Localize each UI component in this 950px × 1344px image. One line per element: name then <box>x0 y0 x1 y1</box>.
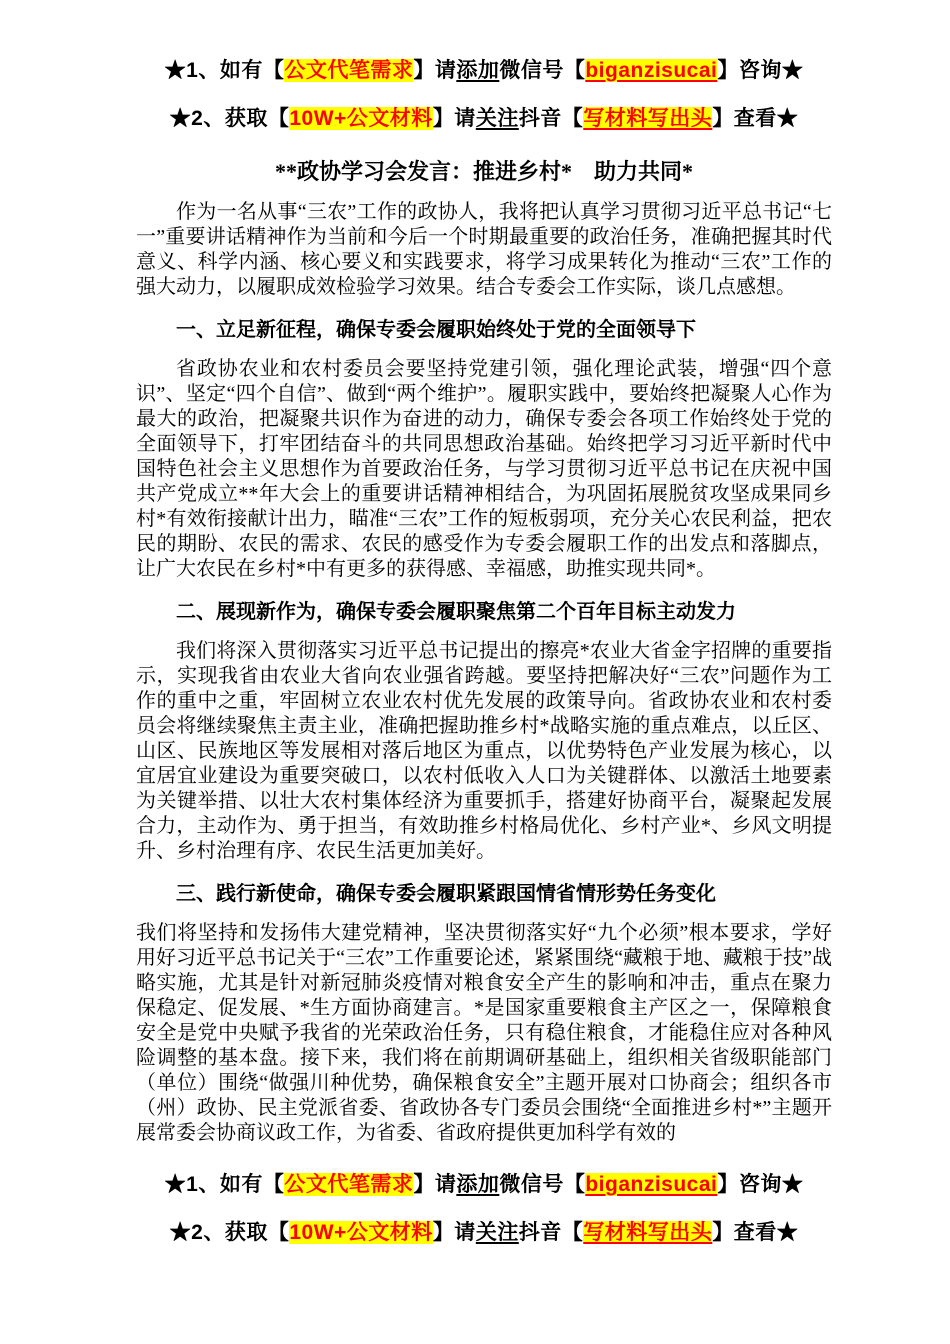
footer-promo1-prefix-text: ★1、如有【 <box>165 1173 285 1196</box>
section-heading-2: 二、展现新作为，确保专委会履职聚焦第二个百年目标主动发力 <box>136 600 832 625</box>
footer-promo2-prefix-text: ★2、获取【 <box>170 1221 290 1244</box>
paragraph-section-3: 我们将坚持和发扬伟大建党精神，坚决贯彻落实好“九个必须”根本要求，学好用好习近平… <box>136 921 832 1146</box>
footer-promo1-suffix-text: 】咨询★ <box>717 1173 803 1196</box>
footer-promo1-add-underline: 添加 <box>456 1173 499 1196</box>
promo2-prefix-text: ★2、获取【 <box>170 107 290 130</box>
footer-promo-line-1: ★1、如有【公文代笔需求】请添加微信号【biganzisucai】咨询★ <box>136 1172 832 1198</box>
paragraph-section-1: 省政协农业和农村委员会要坚持党建引领，强化理论武装，增强“四个意识”、坚定“四个… <box>136 357 832 582</box>
header-promo-line-1: ★1、如有【公文代笔需求】请添加微信号【biganzisucai】咨询★ <box>136 58 832 84</box>
footer-promo2-channel-text: 抖音【 <box>519 1221 584 1244</box>
promo1-wechat-id: biganzisucai <box>585 59 717 82</box>
footer-promo: ★1、如有【公文代笔需求】请添加微信号【biganzisucai】咨询★ ★2、… <box>136 1172 832 1246</box>
promo2-material-highlight: 10W+公文材料 <box>289 107 432 130</box>
document-body: 作为一名从事“三农”工作的政协人，我将把认真学习贯彻习近平总书记“七一”重要讲话… <box>136 200 832 1146</box>
promo1-mid-text: 】请 <box>413 59 456 82</box>
page-title: **政协学习会发言：推进乡村* 助力共同* <box>136 158 832 186</box>
promo1-service-highlight: 公文代笔需求 <box>284 59 413 82</box>
header-promo: ★1、如有【公文代笔需求】请添加微信号【biganzisucai】咨询★ ★2、… <box>136 58 832 132</box>
footer-promo1-service-highlight: 公文代笔需求 <box>284 1173 413 1196</box>
section-heading-3: 三、践行新使命，确保专委会履职紧跟国情省情形势任务变化 <box>136 882 832 907</box>
promo2-douyin-name: 写材料写出头 <box>583 107 712 130</box>
header-promo-line-2: ★2、获取【10W+公文材料】请关注抖音【写材料写出头】查看★ <box>136 106 832 132</box>
promo2-suffix-text: 】查看★ <box>712 107 798 130</box>
promo1-prefix-text: ★1、如有【 <box>165 59 285 82</box>
document-page: ★1、如有【公文代笔需求】请添加微信号【biganzisucai】咨询★ ★2、… <box>0 0 950 1344</box>
promo2-follow-underline: 关注 <box>476 107 519 130</box>
promo1-add-underline: 添加 <box>456 59 499 82</box>
footer-promo-line-2: ★2、获取【10W+公文材料】请关注抖音【写材料写出头】查看★ <box>136 1220 832 1246</box>
promo1-suffix-text: 】咨询★ <box>717 59 803 82</box>
footer-promo2-follow-underline: 关注 <box>476 1221 519 1244</box>
footer-promo1-channel-text: 微信号【 <box>499 1173 585 1196</box>
promo2-channel-text: 抖音【 <box>519 107 584 130</box>
promo1-channel-text: 微信号【 <box>499 59 585 82</box>
footer-promo1-mid-text: 】请 <box>413 1173 456 1196</box>
footer-promo2-mid-text: 】请 <box>433 1221 476 1244</box>
footer-promo2-douyin-name: 写材料写出头 <box>583 1221 712 1244</box>
document-viewport: { "colors": { "page_background": "#fffff… <box>0 0 950 1344</box>
section-heading-1: 一、立足新征程，确保专委会履职始终处于党的全面领导下 <box>136 318 832 343</box>
footer-promo1-wechat-id: biganzisucai <box>585 1173 717 1196</box>
promo2-mid-text: 】请 <box>433 107 476 130</box>
footer-promo2-suffix-text: 】查看★ <box>712 1221 798 1244</box>
paragraph-intro: 作为一名从事“三农”工作的政协人，我将把认真学习贯彻习近平总书记“七一”重要讲话… <box>136 200 832 300</box>
footer-promo2-material-highlight: 10W+公文材料 <box>289 1221 432 1244</box>
paragraph-section-2: 我们将深入贯彻落实习近平总书记提出的擦亮*农业大省金字招牌的重要指示，实现我省由… <box>136 639 832 864</box>
